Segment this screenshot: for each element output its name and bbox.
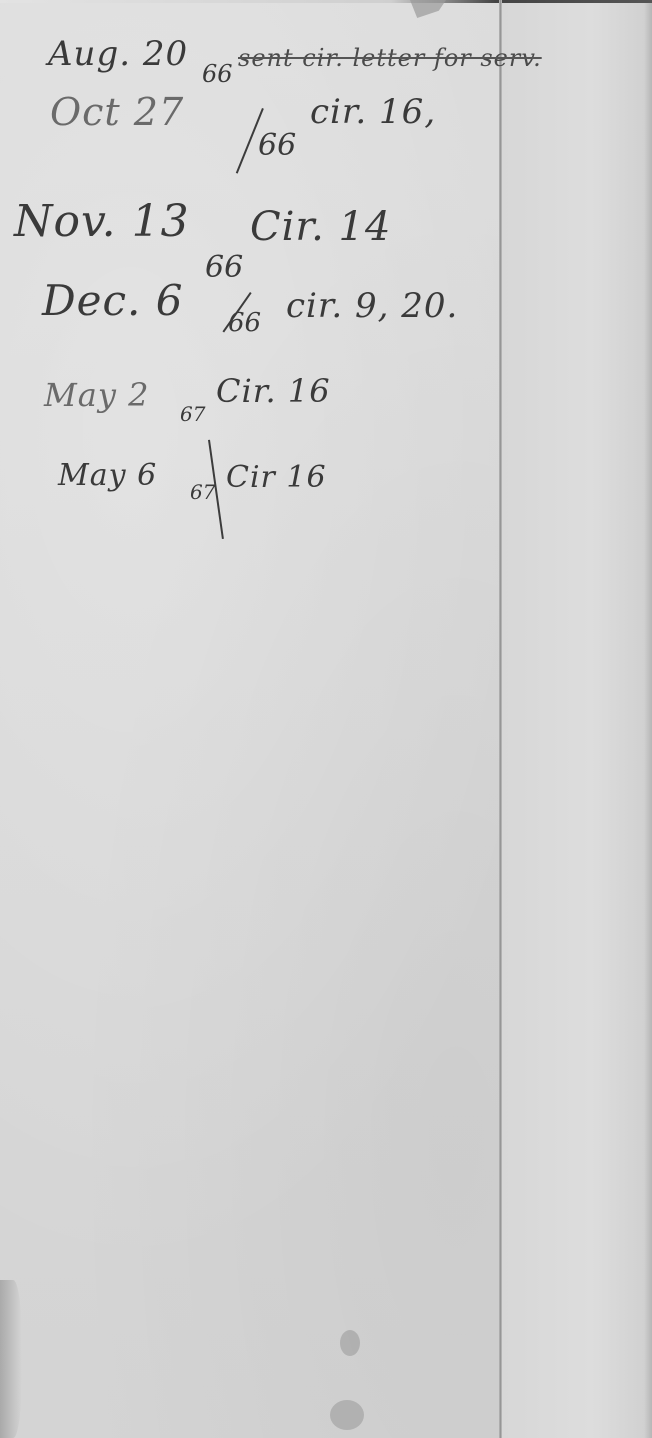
entry-date: Dec. 6: [42, 276, 183, 325]
entry-year: 66: [205, 250, 243, 285]
entry-year: 66: [258, 128, 296, 163]
paper-top-edge: [0, 0, 652, 3]
paper-right-edge: [644, 0, 652, 1438]
entry-note: Cir. 14: [250, 204, 391, 250]
document-page: Aug. 20 66 sent cir. letter for serv. Oc…: [0, 0, 652, 1438]
entry-date: May 6: [58, 458, 157, 493]
edge-stain: [0, 1280, 22, 1438]
entry-date: Nov. 13: [14, 196, 190, 247]
entry-date: Aug. 20: [48, 34, 188, 74]
entry-note: Cir 16: [226, 460, 327, 495]
entry-date: May 2: [44, 376, 149, 414]
ink-stain: [340, 1330, 360, 1356]
entry-year: 66: [228, 308, 261, 338]
entry-note: sent cir. letter for serv.: [238, 44, 542, 72]
entry-note: Cir. 16: [216, 372, 331, 410]
entry-year: 67: [180, 402, 205, 426]
entry-note: cir. 9, 20.: [286, 286, 458, 326]
entry-note: cir. 16,: [310, 92, 436, 132]
folded-right-panel: [502, 0, 652, 1438]
entry-date: Oct 27: [50, 90, 184, 134]
entry-year: 67: [190, 480, 215, 504]
ink-stain: [330, 1400, 364, 1430]
fold-line: [499, 0, 502, 1438]
torn-corner: [410, 0, 446, 18]
entry-year: 66: [202, 60, 233, 88]
